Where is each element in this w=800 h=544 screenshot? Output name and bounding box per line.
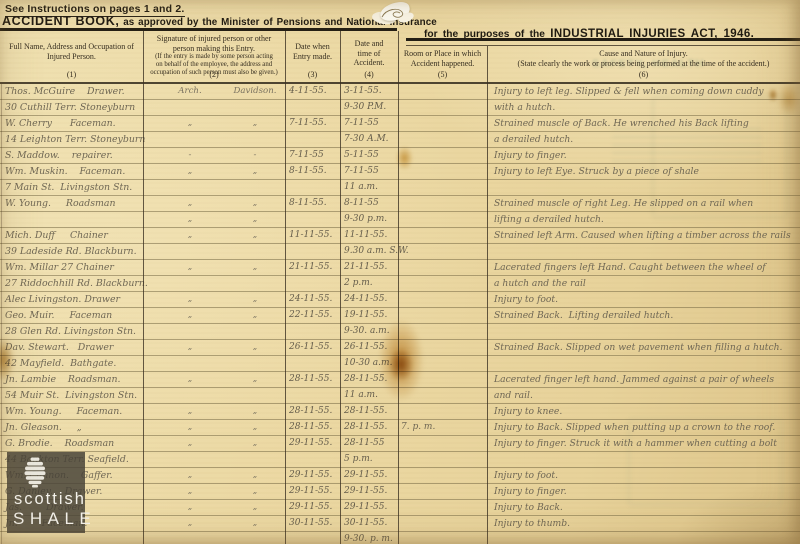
cell-signature-first: „ [150,484,230,499]
cell-name: Jn. Lambie Roadsman. [5,372,121,387]
column-header-name: Full Name, Address and Occupation of Inj… [0,31,143,82]
column-header-signature-label: Signature of injured person or other per… [143,34,285,53]
cell-signature-second: „ [225,340,285,355]
table-row: 39 Ladeside Rd. Blackburn. 9.30 a.m. S.W… [0,244,800,260]
cell-entry-date: 24-11-55. [289,292,332,307]
cell-cause: Strained Back. Lifting derailed hutch. [494,308,673,323]
cell-signature-first: „ [150,516,230,531]
globe-icon [24,457,46,488]
cell-accident-date: 28-11-55. [344,372,387,387]
title-accident-book: ACCIDENT BOOK, [2,14,119,28]
column-header-cause-label: Cause and Nature of Injury. (State clear… [487,49,800,68]
column-header-signature: Signature of injured person or other per… [143,31,285,82]
column-divider [143,31,144,544]
cell-signature-first: „ [150,164,230,179]
cell-signature-second: „ [225,212,285,227]
cell-signature-first: Arch. [150,84,230,99]
column-header-accident-date-label: Date and time of Accident. [340,39,398,68]
cell-accident-date: 11-11-55. [344,228,387,243]
cell-entry-date: 21-11-55. [289,260,332,275]
column-header-place: Room or Place in which Accident happened… [398,46,487,82]
table-row: 30 Cuthill Terr. Stoneyburn 9-30 P.M. wi… [0,100,800,116]
cell-signature-second: Davidson. [225,84,285,99]
cell-accident-date: 11 a.m. [344,180,378,195]
column-header-accident-date: Date and time of Accident. (4) [340,31,398,82]
cell-signature-first: „ [150,228,230,243]
cell-signature-second: „ [225,404,285,419]
table-row: W. Young. Roadsman „ „ 8-11-55. 8-11-55 … [0,196,800,212]
table-row: 9-30. p. m. [0,532,800,544]
cell-name: Alec Livingston. Drawer [5,292,120,307]
cell-signature-second: „ [225,420,285,435]
table-row: G. Brodie. Roadsman „ „ 29-11-55. 28-11-… [0,436,800,452]
table-row: 27 Riddochhill Rd. Blackburn. 2 p.m. a h… [0,276,800,292]
table-row: Mich. Duff Chainer „ „ 11-11-55. 11-11-5… [0,228,800,244]
column-number: (5) [398,70,487,79]
table-row: 7 Main St. Livingston Stn. 11 a.m. [0,180,800,196]
cell-name: W. Cherry Faceman. [5,116,116,131]
cell-cause: Injury to left Eye. Struck by a piece of… [494,164,699,179]
table-row: Dav. Stewart. Drawer „ „ 26-11-55. 26-11… [0,340,800,356]
cell-accident-date: 9-30. p. m. [344,532,393,544]
column-number: (3) [285,70,340,79]
cell-signature-first: „ [150,292,230,307]
cell-cause: Injury to knee. [494,404,562,419]
cell-cause: a hutch and the rail [494,276,586,291]
table-row: 14 Leighton Terr. Stoneyburn 7-30 A.M. a… [0,132,800,148]
cell-accident-date: 8-11-55 [344,196,379,211]
cell-accident-date: 5 p.m. [344,452,373,467]
scottish-shale-watermark: scottish SHALE [7,452,85,533]
cell-signature-second: „ [225,372,285,387]
cell-accident-date: 3-11-55. [344,84,382,99]
cell-cause: Strained muscle of right Leg. He slipped… [494,196,753,211]
cell-accident-date: 21-11-55. [344,260,387,275]
cell-name: 30 Cuthill Terr. Stoneyburn [5,100,135,115]
cell-name: Jn. Gleason. „ [5,420,82,435]
table-row: Wm. Cannon. Gaffer. „ „ 29-11-55. 29-11-… [0,468,800,484]
column-number: (6) [487,70,800,79]
cell-signature-second: - [225,148,285,163]
cell-entry-date: 11-11-55. [289,228,332,243]
cell-accident-date: 26-11-55. [344,340,387,355]
cell-cause: Lacerated finger left hand. Jammed again… [494,372,774,387]
column-header-entry-date: Date when Entry made. (3) [285,31,340,82]
cell-cause: Strained left Arm. Caused when lifting a… [494,228,791,243]
cell-name: W. Young. Roadsman [5,196,116,211]
cell-entry-date: 7-11-55 [289,148,324,163]
table-row: Jn. Lambie Roadsman. „ „ 28-11-55. 28-11… [0,372,800,388]
cell-name: 7 Main St. Livingston Stn. [5,180,132,195]
cell-signature-second: „ [225,516,285,531]
cell-cause: Injury to foot. [494,292,558,307]
cell-name: Wm. Young. Faceman. [5,404,122,419]
column-header-entry-date-label: Date when Entry made. [285,42,340,61]
cell-cause: and rail. [494,388,533,403]
paper-curl-line [372,1,416,29]
cell-entry-date: 29-11-55. [289,436,332,451]
cell-entry-date: 30-11-55. [289,516,332,531]
watermark-word-shale: SHALE [13,509,96,529]
cell-accident-date: 24-11-55. [344,292,387,307]
table-left-edge-line [1,84,2,544]
cell-name: Geo. Muir. Faceman [5,308,112,323]
cell-name: 39 Ladeside Rd. Blackburn. [5,244,137,259]
cell-name: 27 Riddochhill Rd. Blackburn. [5,276,148,291]
cell-signature-first: - [150,148,230,163]
cell-cause: Strained muscle of Back. He wrenched his… [494,116,749,131]
cell-entry-date: 4-11-55. [289,84,327,99]
cell-signature-first: „ [150,196,230,211]
cell-cause: Strained Back. Slipped on wet pavement w… [494,340,782,355]
cell-accident-date: 28-11-55 [344,436,384,451]
table-row: Jas. Drawer. „ „ 29-11-55. 29-11-55. Inj… [0,500,800,516]
cell-entry-date: 26-11-55. [289,340,332,355]
table-row: 42 Mayfield. Bathgate. 10-30 a.m. [0,356,800,372]
cell-signature-first: „ [150,308,230,323]
cell-signature-second: „ [225,484,285,499]
column-divider [398,31,399,544]
cell-signature-first: „ [150,260,230,275]
cell-accident-date: 7-11-55 [344,116,379,131]
cell-cause: lifting a derailed hutch. [494,212,604,227]
cell-place: 7. p. m. [401,420,435,435]
cell-name: 28 Glen Rd. Livingston Stn. [5,324,136,339]
cell-signature-first: „ [150,468,230,483]
table-row: 44 Bankton Terr. Seafield. 5 p.m. [0,452,800,468]
cell-accident-date: 29-11-55. [344,484,387,499]
cell-signature-second: „ [225,468,285,483]
cell-signature-second: „ [225,116,285,131]
cell-accident-date: 10-30 a.m. [344,356,392,371]
cell-cause: Injury to finger. Struck it with a hamme… [494,436,777,451]
cell-cause: with a hutch. [494,100,555,115]
cell-cause: Injury to Back. [494,500,563,515]
cell-accident-date: 9-30. a.m. [344,324,390,339]
cell-entry-date: 7-11-55. [289,116,327,131]
cell-cause: Injury to Back. Slipped when putting up … [494,420,775,435]
cell-entry-date: 29-11-55. [289,484,332,499]
column-divider [340,31,341,544]
column-header-cause: Cause and Nature of Injury. (State clear… [487,46,800,82]
cell-entry-date: 29-11-55. [289,468,332,483]
cell-entry-date: 8-11-55. [289,164,327,179]
cell-cause: Injury to foot. [494,468,558,483]
column-divider [285,31,286,544]
cell-accident-date: 28-11-55. [344,420,387,435]
cell-name: Mich. Duff Chainer [5,228,108,243]
cell-signature-first: „ [150,500,230,515]
table-row: Wm. Millar 27 Chainer „ „ 21-11-55. 21-1… [0,260,800,276]
table-row: Jn. Faceman. „ „ 30-11-55. 30-11-55. Inj… [0,516,800,532]
column-number: (1) [0,70,143,79]
cell-cause: Injury to thumb. [494,516,570,531]
cell-accident-date: 11 a.m. [344,388,378,403]
cell-name: Wm. Muskin. Faceman. [5,164,125,179]
cell-signature-second: „ [225,260,285,275]
cell-signature-second: „ [225,308,285,323]
cell-signature-first: „ [150,404,230,419]
accident-book-page: SAFETY, HEALTH See Instructions on pages… [0,0,800,544]
table-body: Thos. McGuire Drawer. Arch. Davidson. 4-… [0,84,800,544]
table-row: Jn. Gleason. „ „ „ 28-11-55. 28-11-55. 7… [0,420,800,436]
table-row: „ „ 9-30 p.m. lifting a derailed hutch. [0,212,800,228]
cell-accident-date: 9-30 p.m. [344,212,387,227]
cell-signature-second: „ [225,164,285,179]
table-row: Wm. Young. Faceman. „ „ 28-11-55. 28-11-… [0,404,800,420]
watermark-word-scottish: scottish [14,490,86,509]
cell-entry-date: 28-11-55. [289,372,332,387]
cell-signature-second: „ [225,196,285,211]
table-row: Thos. McGuire Drawer. Arch. Davidson. 4-… [0,84,800,100]
table-row: 28 Glen Rd. Livingston Stn. 9-30. a.m. [0,324,800,340]
table-row: S. Maddow. repairer. - - 7-11-55 5-11-55… [0,148,800,164]
column-header-name-label: Full Name, Address and Occupation of Inj… [0,42,143,61]
cell-entry-date: 8-11-55. [289,196,327,211]
cell-cause: Injury to finger. [494,484,567,499]
cell-name: 14 Leighton Terr. Stoneyburn [5,132,145,147]
cell-cause: a derailed hutch. [494,132,573,147]
cell-name: S. Maddow. repairer. [5,148,113,163]
column-divider [487,46,488,544]
cell-name: 42 Mayfield. Bathgate. [5,356,116,371]
cell-name: G. Brodie. Roadsman [5,436,114,451]
table-row: 54 Muir St. Livingston Stn. 11 a.m. and … [0,388,800,404]
table-row: Geo. Muir. Faceman „ „ 22-11-55. 19-11-5… [0,308,800,324]
cell-accident-date: 7-30 A.M. [344,132,389,147]
cell-accident-date: 29-11-55. [344,500,387,515]
cell-name: Wm. Millar 27 Chainer [5,260,114,275]
cell-signature-first: „ [150,436,230,451]
cell-accident-date: 30-11-55. [344,516,387,531]
torn-paper-patch [372,1,416,29]
cell-cause: Lacerated fingers left Hand. Caught betw… [494,260,766,275]
cell-cause: Injury to finger. [494,148,567,163]
title-rule-right [406,38,800,41]
cell-signature-first: „ [150,116,230,131]
cell-accident-date: 29-11-55. [344,468,387,483]
cell-accident-date: 28-11-55. [344,404,387,419]
cell-signature-first: „ [150,420,230,435]
column-header-place-label: Room or Place in which Accident happened… [398,49,487,68]
table-row: Wm. Muskin. Faceman. „ „ 8-11-55. 7-11-5… [0,164,800,180]
column-number: (4) [340,70,398,79]
cell-signature-second: „ [225,228,285,243]
cell-signature-first: „ [150,212,230,227]
table-row: W. Cherry Faceman. „ „ 7-11-55. 7-11-55 … [0,116,800,132]
column-number: (2) [143,70,285,79]
cell-entry-date: 22-11-55. [289,308,332,323]
cell-accident-date: 19-11-55. [344,308,387,323]
cell-signature-second: „ [225,292,285,307]
cell-name: 54 Muir St. Livingston Stn. [5,388,137,403]
cell-entry-date: 28-11-55. [289,420,332,435]
cell-signature-second: „ [225,500,285,515]
cell-signature-first: „ [150,372,230,387]
cell-cause: Injury to left leg. Slipped & fell when … [494,84,764,99]
cell-entry-date: 28-11-55. [289,404,332,419]
cell-signature-second: „ [225,436,285,451]
cell-signature-first: „ [150,340,230,355]
cell-accident-date: 2 p.m. [344,276,373,291]
cell-accident-date: 5-11-55 [344,148,379,163]
cell-name: Dav. Stewart. Drawer [5,340,113,355]
cell-name: Thos. McGuire Drawer. [5,84,125,99]
table-row: Alec Livingston. Drawer „ „ 24-11-55. 24… [0,292,800,308]
cell-accident-date: 7-11-55 [344,164,379,179]
cell-accident-date: 9-30 P.M. [344,100,386,115]
cell-entry-date: 29-11-55. [289,500,332,515]
table-row: G. Danley. Drawer. „ „ 29-11-55. 29-11-5… [0,484,800,500]
